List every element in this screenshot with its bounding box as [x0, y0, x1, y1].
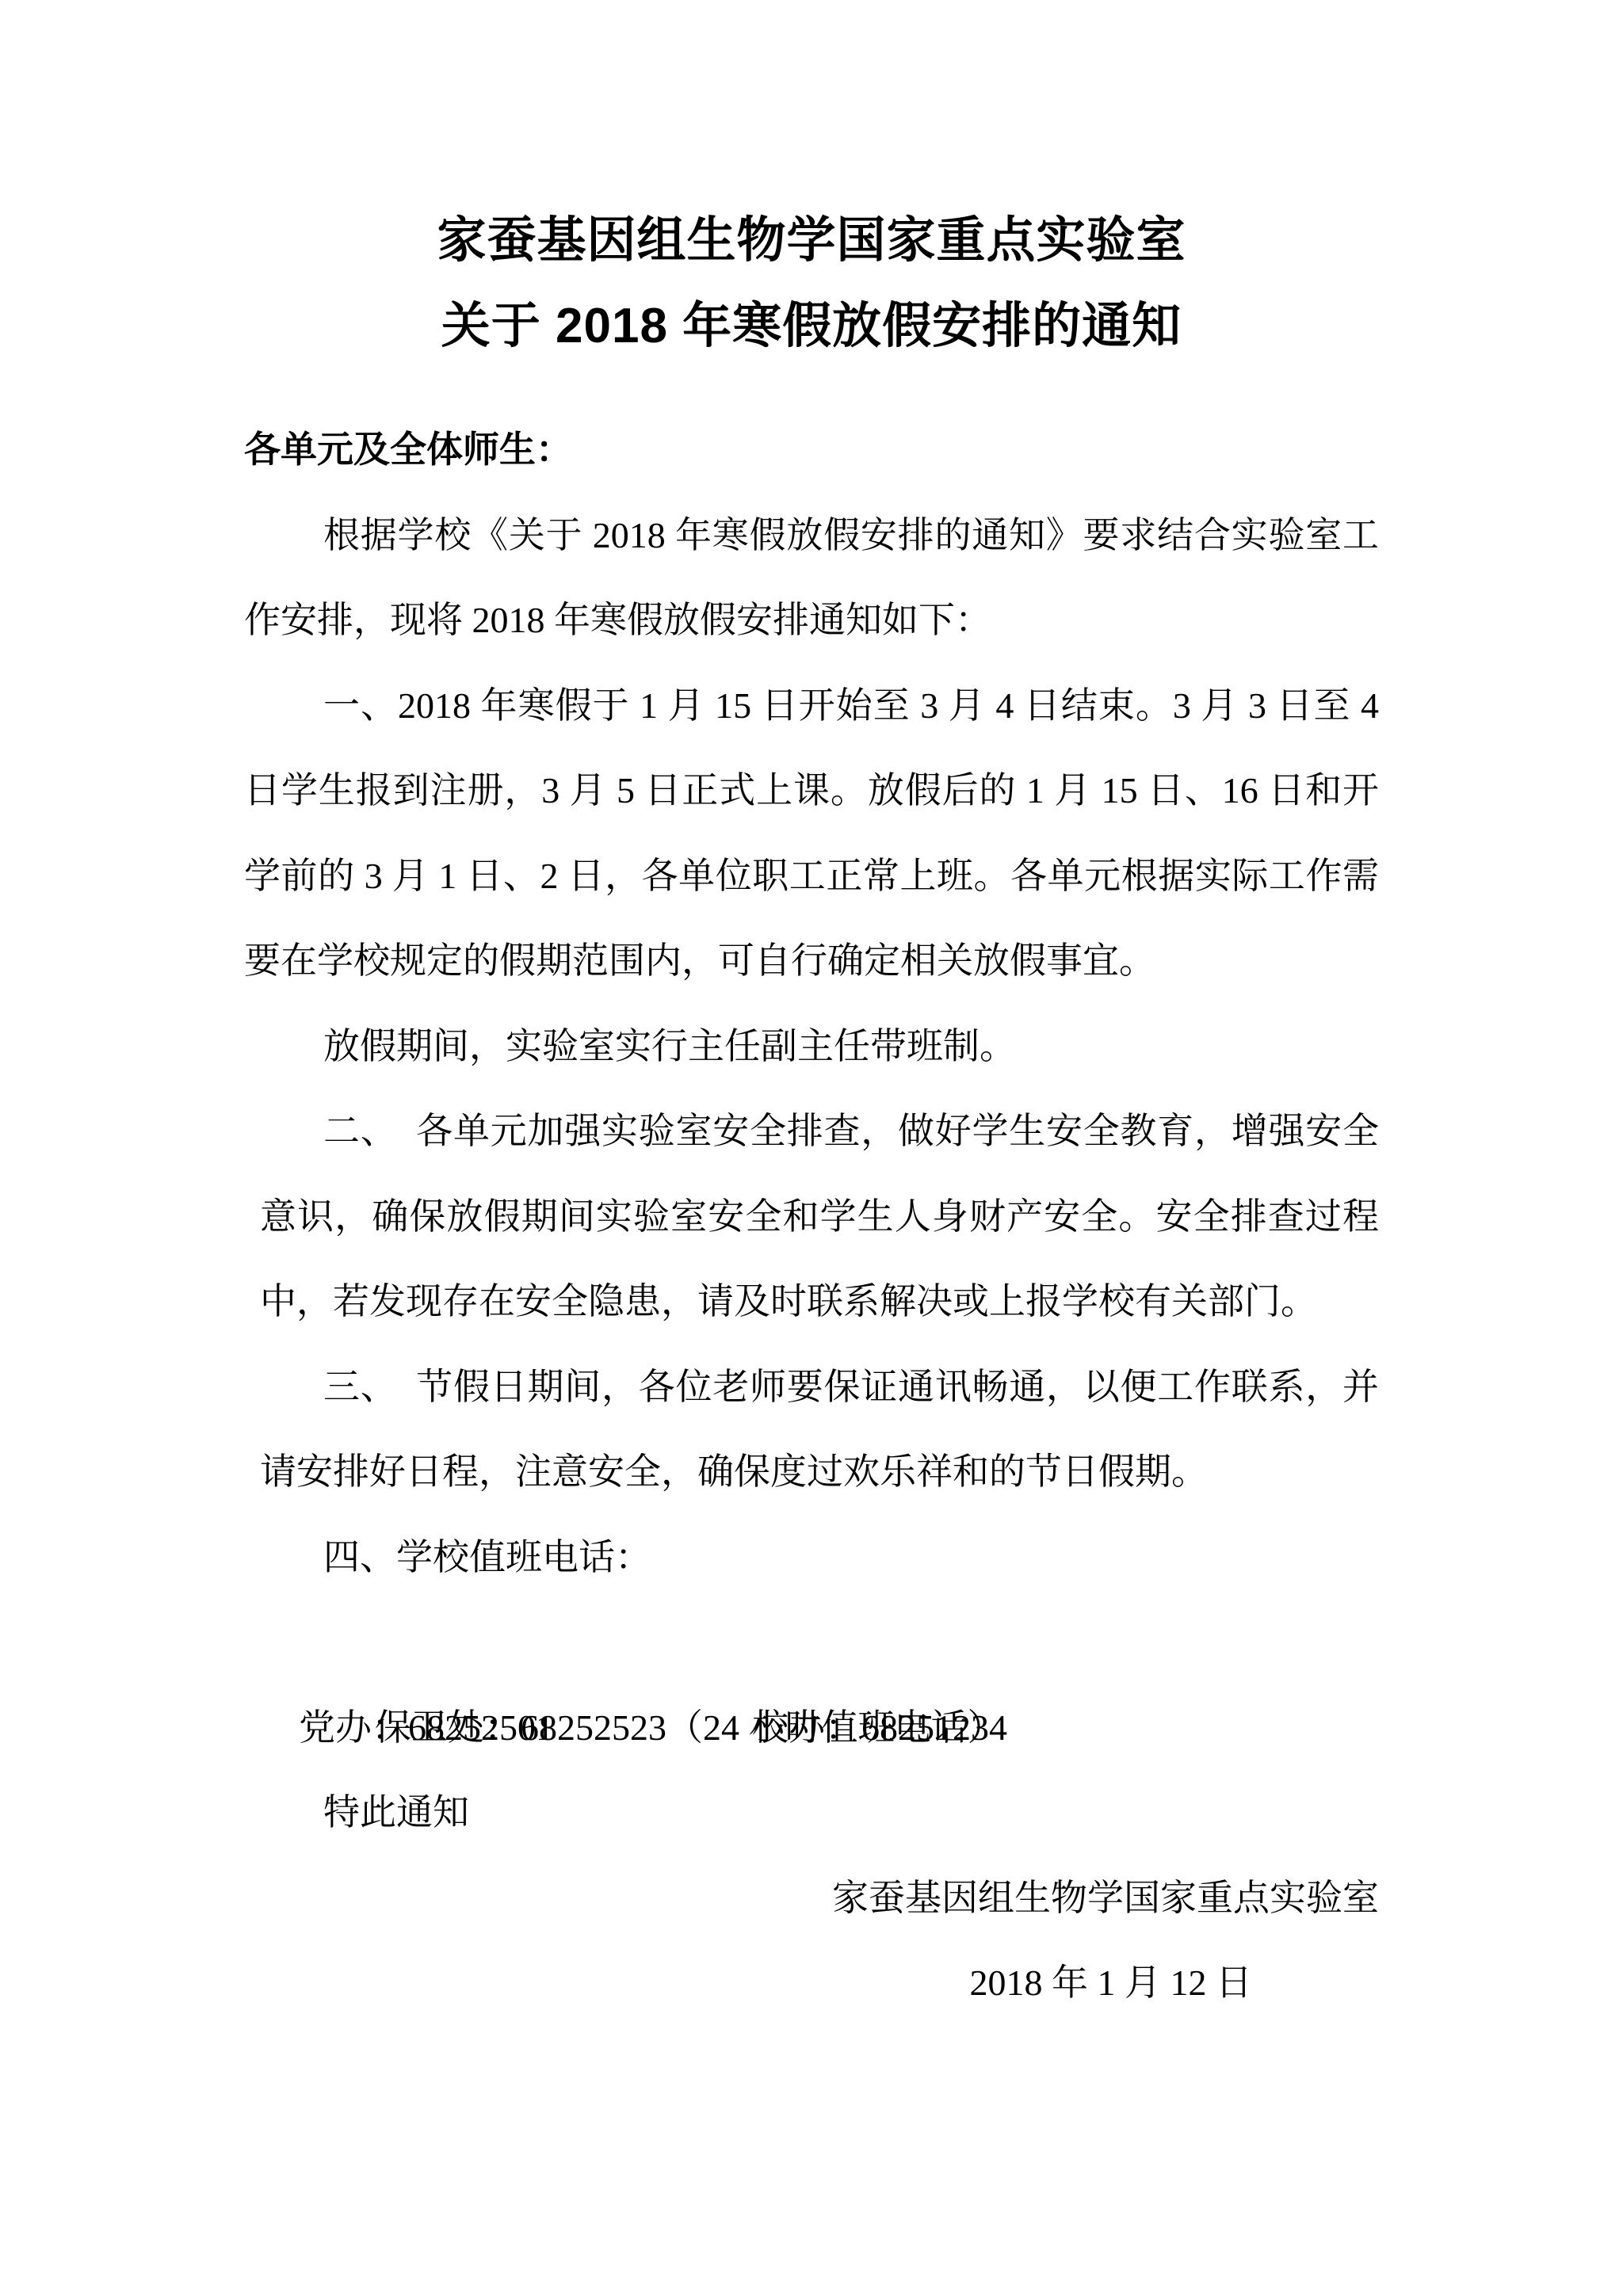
body-line: 作安排，现将 2018 年寒假放假安排通知如下：	[244, 578, 1379, 663]
title-line-2: 关于 2018 年寒假放假安排的通知	[244, 284, 1379, 369]
body-line: 二、 各单元加强实验室安全排查，做好学生安全教育，增强安全	[244, 1089, 1379, 1174]
phone-numbers-line: 党办：68252501校办：68251234	[244, 1600, 1379, 1685]
title-line-1: 家蚕基因组生物学国家重点实验室	[244, 198, 1379, 284]
body-line: 中，若发现存在安全隐患，请及时联系解决或上报学校有关部门。	[244, 1259, 1379, 1344]
body-line: 根据学校《关于 2018 年寒假放假安排的通知》要求结合实验室工	[244, 493, 1379, 578]
body-line: 意识，确保放假期间实验室安全和学生人身财产安全。安全排查过程	[244, 1174, 1379, 1260]
notice-document-page: 家蚕基因组生物学国家重点实验室 关于 2018 年寒假放假安排的通知 各单元及全…	[0, 0, 1623, 2296]
body-line: 放假期间，实验室实行主任副主任带班制。	[244, 1004, 1379, 1089]
body-line: 四、学校值班电话：	[244, 1515, 1379, 1600]
document-title: 家蚕基因组生物学国家重点实验室 关于 2018 年寒假放假安排的通知	[244, 198, 1379, 369]
document-body: 各单元及全体师生： 根据学校《关于 2018 年寒假放假安排的通知》要求结合实验…	[244, 407, 1379, 2026]
body-line: 请安排好日程，注意安全，确保度过欢乐祥和的节日假期。	[244, 1429, 1379, 1515]
date-line: 2018 年 1 月 12 日	[244, 1940, 1379, 2026]
body-line: 一、2018 年寒假于 1 月 15 日开始至 3 月 4 日结束。3 月 3 …	[244, 663, 1379, 749]
signature: 家蚕基因组生物学国家重点实验室	[244, 1855, 1379, 1941]
closing: 特此通知	[244, 1770, 1379, 1855]
security-office-phone: 保卫处：68252523（24 小时值班电话）	[244, 1685, 1379, 1771]
body-line: 三、 节假日期间，各位老师要保证通讯畅通，以便工作联系，并	[244, 1344, 1379, 1430]
salutation: 各单元及全体师生：	[244, 407, 1379, 493]
body-line: 要在学校规定的假期范围内，可自行确定相关放假事宜。	[244, 918, 1379, 1004]
body-line: 日学生报到注册，3 月 5 日正式上课。放假后的 1 月 15 日、16 日和开	[244, 748, 1379, 833]
body-line: 学前的 3 月 1 日、2 日，各单位职工正常上班。各单元根据实际工作需	[244, 833, 1379, 919]
